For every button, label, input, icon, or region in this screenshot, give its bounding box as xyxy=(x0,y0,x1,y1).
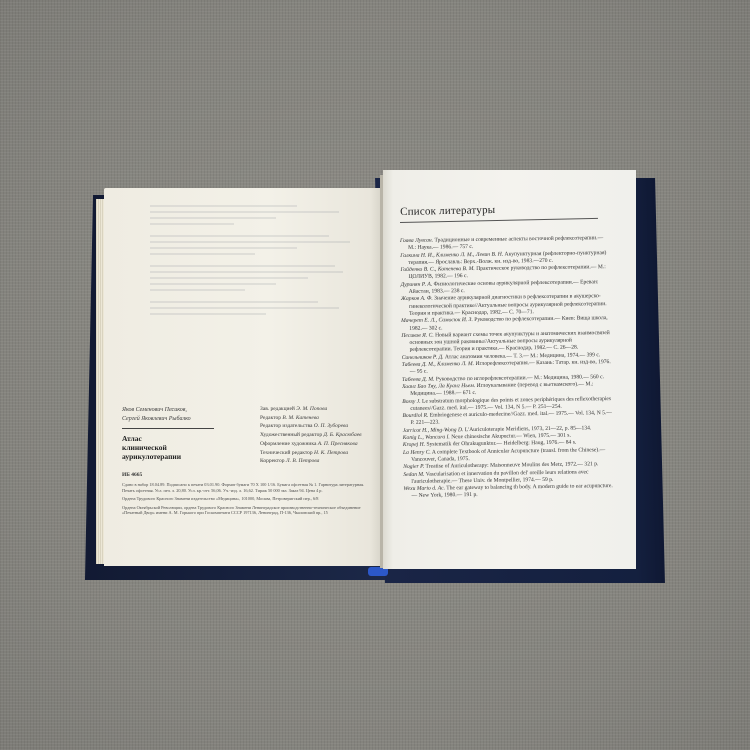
title-line: Атлас xyxy=(122,434,232,443)
title-line: клинической xyxy=(122,443,232,452)
staff-line: Редактор В. М. Катенева xyxy=(260,414,380,423)
staff-line: Зав. редакцией Э. М. Попова xyxy=(260,405,380,414)
staff-line: Корректор Л. В. Петрова xyxy=(260,457,380,466)
imprint-details: Сдано в набор 18.04.89. Подписано к печа… xyxy=(122,482,367,519)
book-title: Атлас клинической аурикулотерапии xyxy=(122,434,232,461)
staff-line: Технический редактор Н. К. Петрова xyxy=(260,449,380,458)
bibliography-entry: Песиков Я. С. Новый вариант схемы точек … xyxy=(401,330,611,355)
imprint-paragraph: Ордена Октябрьской Революции, ордена Тру… xyxy=(122,505,367,516)
authors: Яков Семенович Песиков, Сергей Яковлевич… xyxy=(122,406,232,424)
staff-line: Художественный редактор Д. Б. Красюбаев xyxy=(260,431,380,440)
bibliography-list: Гоава Лувсан. Традиционные и современные… xyxy=(400,235,614,501)
imprint-paragraph: Ордена Трудового Красного Знамени издате… xyxy=(122,496,367,502)
imprint-paragraph: Сдано в набор 18.04.89. Подписано к печа… xyxy=(122,482,367,493)
title-line: аурикулотерапии xyxy=(122,452,232,461)
show-through-text xyxy=(150,205,360,355)
bibliography-heading: Список литературы xyxy=(400,204,495,218)
editorial-staff: Зав. редакцией Э. М. Попова Редактор В. … xyxy=(260,405,380,466)
author-line: Яков Семенович Песиков, xyxy=(122,406,232,415)
ib-number: ИБ 4665 xyxy=(122,472,142,478)
title-divider xyxy=(122,428,214,429)
staff-line: Редактор издательства О. П. Зуборева xyxy=(260,422,380,431)
staff-line: Оформление художника А. П. Преснякова xyxy=(260,440,380,449)
author-line: Сергей Яковлевич Рыбалко xyxy=(122,415,232,424)
book-gutter xyxy=(380,175,383,568)
bibliography-entry: Wexu Mario d. Ac. The ear gateway to bal… xyxy=(403,483,613,501)
